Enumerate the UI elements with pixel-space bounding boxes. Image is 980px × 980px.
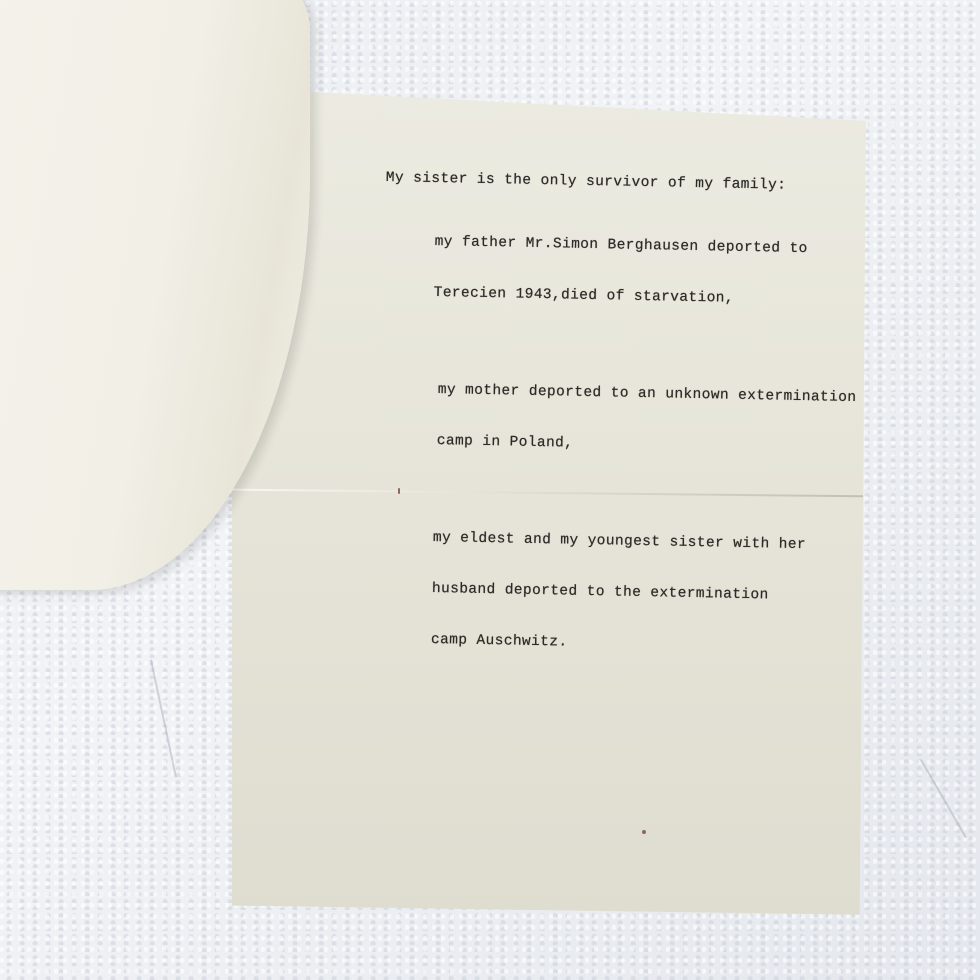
text-line: my eldest and my youngest sister with he… [433, 530, 869, 555]
surface-crack [150, 660, 177, 778]
text-line: my mother deported to an unknown extermi… [438, 382, 872, 407]
text-line: camp in Poland, [437, 433, 871, 458]
text-line: camp Auschwitz. [431, 632, 867, 657]
text-line: my father Mr.Simon Berghausen deported t… [434, 234, 874, 259]
family-member-entry-sisters: my eldest and my youngest sister with he… [430, 496, 870, 691]
text-line: husband deported to the extermination [432, 581, 868, 606]
family-member-entry-mother: my mother deported to an unknown extermi… [436, 348, 873, 492]
paper-stain [642, 830, 646, 834]
typed-letter-text: My sister is the only survivor of my fam… [376, 170, 876, 703]
family-member-entry-father: my father Mr.Simon Berghausen deported t… [433, 200, 876, 344]
text-line: Terecien 1943,died of starvation, [433, 285, 873, 310]
surface-crack [920, 759, 967, 838]
